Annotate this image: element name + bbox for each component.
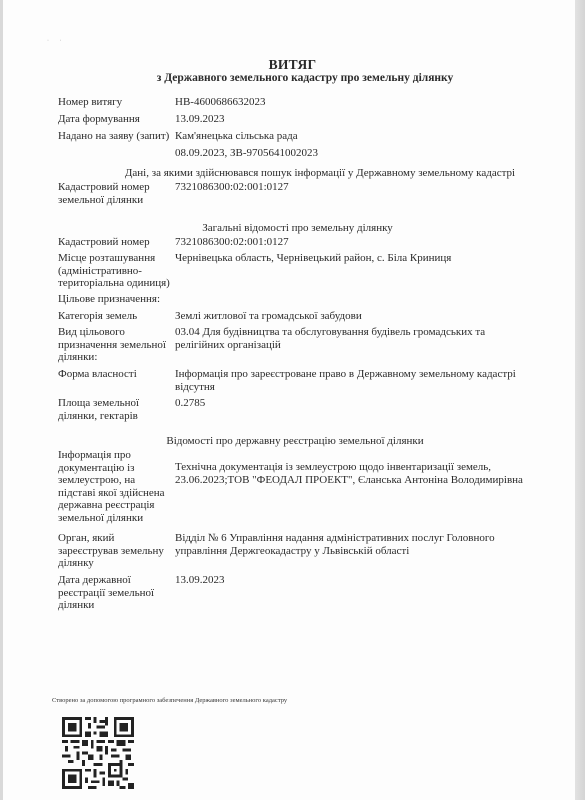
ownership-form-value: Інформація про зареєстроване право в Дер… bbox=[175, 368, 535, 393]
request-value: Кам'янецька сільська рада bbox=[175, 130, 535, 143]
creation-date-value: 13.09.2023 bbox=[175, 113, 535, 126]
extract-number-label: Номер витягу bbox=[58, 96, 176, 109]
registration-section-heading: Відомості про державну реєстрацію земель… bbox=[0, 435, 585, 447]
request-label: Надано на заяву (запит) bbox=[58, 130, 188, 143]
general-section-heading: Загальні відомості про земельну ділянку bbox=[0, 222, 585, 234]
purpose-label: Цільове призначення: bbox=[58, 293, 208, 306]
page-edge bbox=[575, 0, 585, 800]
search-cadastral-label: Кадастровий номер земельної ділянки bbox=[58, 181, 176, 206]
registration-date-value: 13.09.2023 bbox=[175, 574, 535, 587]
request-value-line2: 08.09.2023, ЗВ-9705641002023 bbox=[175, 147, 535, 160]
search-section-heading: Дані, за якими здійснювався пошук інформ… bbox=[50, 167, 585, 179]
search-cadastral-value: 7321086300:02:001:0127 bbox=[175, 181, 535, 194]
purpose-type-value: 03.04 Для будівництва та обслуговування … bbox=[175, 326, 520, 351]
area-value: 0.2785 bbox=[175, 397, 535, 410]
land-category-value: Землі житлової та громадської забудови bbox=[175, 310, 535, 323]
location-label: Місце розташування (адміністративно-тери… bbox=[58, 252, 174, 290]
cadastral-number-label: Кадастровий номер bbox=[58, 236, 176, 249]
document-subtitle: з Державного земельного кадастру про зем… bbox=[0, 72, 585, 84]
documentation-value: Технічна документація із землеустрою щод… bbox=[175, 461, 537, 486]
registering-authority-label: Орган, який зареєстрував земельну ділянк… bbox=[58, 532, 173, 570]
extract-number-value: НВ-4600686632023 bbox=[175, 96, 535, 109]
document-title: ВИТЯГ bbox=[0, 57, 585, 73]
purpose-type-label: Вид цільового призначення земельної діля… bbox=[58, 326, 174, 364]
location-value: Чернівецька область, Чернівецький район,… bbox=[175, 252, 535, 265]
registration-date-label: Дата державної реєстрації земельної діля… bbox=[58, 574, 168, 612]
documentation-label: Інформація про документацію із землеустр… bbox=[58, 449, 173, 524]
ownership-form-label: Форма власності bbox=[58, 368, 176, 381]
cadastral-number-value: 7321086300:02:001:0127 bbox=[175, 236, 535, 249]
land-category-label: Категорія земель bbox=[58, 310, 176, 323]
footer-note: Створено за допомогою програмного забезп… bbox=[52, 697, 287, 704]
qr-code-icon bbox=[62, 716, 134, 790]
creation-date-label: Дата формування bbox=[58, 113, 176, 126]
registering-authority-value: Відділ № 6 Управління надання адміністра… bbox=[175, 532, 525, 557]
area-label: Площа земельної ділянки, гектарів bbox=[58, 397, 168, 422]
scan-speck: · · bbox=[47, 38, 62, 44]
